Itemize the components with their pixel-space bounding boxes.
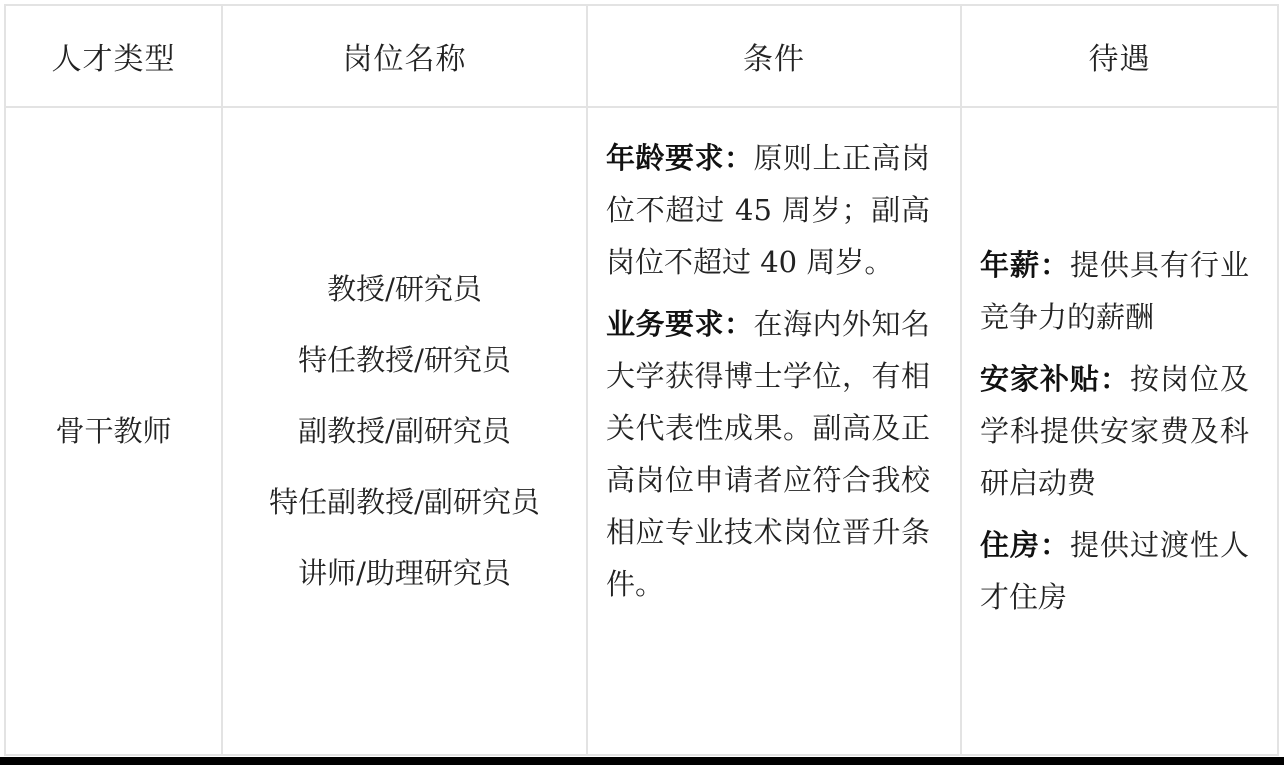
benefit-salary: 年薪：提供具有行业竞争力的薪酬 <box>980 239 1249 343</box>
bottom-black-bar <box>0 757 1284 765</box>
position-item: 教授/研究员 <box>223 254 586 325</box>
benefit-salary-label: 年薪： <box>980 248 1070 282</box>
header-benefits: 待遇 <box>961 5 1278 107</box>
cell-benefits: 年薪：提供具有行业竞争力的薪酬 安家补贴：按岗位及学科提供安家费及科研启动费 住… <box>961 107 1278 755</box>
condition-business-text: 在海内外知名大学获得博士学位，有相关代表性成果。副高及正高岗位申请者应符合我校相… <box>606 307 930 601</box>
position-item: 讲师/助理研究员 <box>223 538 586 609</box>
talent-recruitment-table-container: 人才类型 岗位名称 条件 待遇 骨干教师 教授/研究员 特任教授/研究员 副教授… <box>4 4 1279 756</box>
benefit-housing-label: 住房： <box>980 528 1070 562</box>
position-item: 特任副教授/副研究员 <box>223 467 586 538</box>
benefit-settlement-label: 安家补贴： <box>980 362 1130 396</box>
condition-business: 业务要求：在海内外知名大学获得博士学位，有相关代表性成果。副高及正高岗位申请者应… <box>606 298 930 610</box>
position-item: 特任教授/研究员 <box>223 325 586 396</box>
cell-conditions: 年龄要求：原则上正高岗位不超过 45 周岁；副高岗位不超过 40 周岁。 业务要… <box>587 107 961 755</box>
header-talent-type: 人才类型 <box>5 5 222 107</box>
condition-age-label: 年龄要求： <box>606 141 754 175</box>
talent-recruitment-table: 人才类型 岗位名称 条件 待遇 骨干教师 教授/研究员 特任教授/研究员 副教授… <box>4 4 1279 756</box>
condition-age: 年龄要求：原则上正高岗位不超过 45 周岁；副高岗位不超过 40 周岁。 <box>606 132 930 288</box>
cell-positions: 教授/研究员 特任教授/研究员 副教授/副研究员 特任副教授/副研究员 讲师/助… <box>222 107 587 755</box>
condition-business-label: 业务要求： <box>606 307 754 341</box>
table-header-row: 人才类型 岗位名称 条件 待遇 <box>5 5 1278 107</box>
header-position-name: 岗位名称 <box>222 5 587 107</box>
table-row: 骨干教师 教授/研究员 特任教授/研究员 副教授/副研究员 特任副教授/副研究员… <box>5 107 1278 755</box>
benefit-housing: 住房：提供过渡性人才住房 <box>980 519 1249 623</box>
header-conditions: 条件 <box>587 5 961 107</box>
position-item: 副教授/副研究员 <box>223 396 586 467</box>
cell-talent-type: 骨干教师 <box>5 107 222 755</box>
benefit-settlement: 安家补贴：按岗位及学科提供安家费及科研启动费 <box>980 353 1249 509</box>
